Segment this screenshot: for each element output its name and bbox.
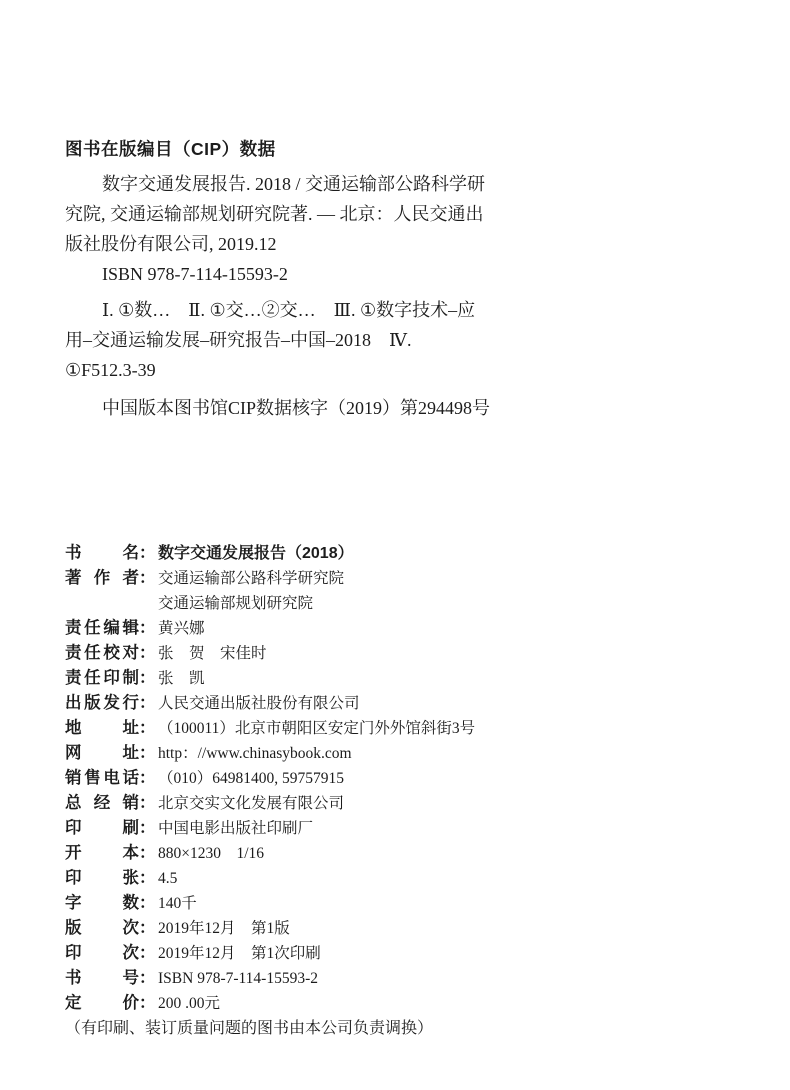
field-label: 销售电话 [65, 766, 139, 791]
label-colon: ： [139, 691, 155, 716]
field-label: 地址 [65, 716, 139, 741]
field-value: 黄兴娜 [158, 620, 205, 637]
field-value: 140千 [158, 895, 197, 912]
field-value: 张 凯 [158, 670, 205, 687]
label-colon: ： [139, 841, 155, 866]
colophon-row-book-title: 书名：数字交通发展报告（2018） [65, 541, 745, 566]
cip-classification-line-3: ①F512.3-39 [65, 355, 575, 385]
label-colon: ： [139, 741, 155, 766]
cip-section: 图书在版编目（CIP）数据 数字交通发展报告. 2018 / 交通运输部公路科学… [65, 137, 575, 423]
colophon-row-proofreaders: 责任校对：张 贺 宋佳时 [65, 641, 745, 666]
colophon-row-edition: 版次：2019年12月 第1版 [65, 916, 745, 941]
cip-isbn: ISBN 978-7-114-15593-2 [65, 259, 575, 289]
label-colon: ： [139, 716, 155, 741]
label-colon: ： [139, 941, 155, 966]
field-label: 印次 [65, 941, 139, 966]
label-colon: ： [139, 791, 155, 816]
field-value: ISBN 978-7-114-15593-2 [158, 970, 318, 987]
colophon-row-print-supervisor: 责任印制：张 凯 [65, 666, 745, 691]
cip-description-line-3: 版社股份有限公司, 2019.12 [65, 229, 575, 259]
label-colon: ： [139, 866, 155, 891]
colophon-row-authors: 著作者：交通运输部公路科学研究院 [65, 566, 745, 591]
field-value: 2019年12月 第1版 [158, 920, 290, 937]
field-value: 200 .00元 [158, 995, 220, 1012]
page: { "colors": { "background": "#ffffff", "… [0, 0, 790, 1090]
field-label: 出版发行 [65, 691, 139, 716]
colophon-row-editor: 责任编辑：黄兴娜 [65, 616, 745, 641]
label-colon: ： [139, 891, 155, 916]
colophon-row-sales-phone: 销售电话：（010）64981400, 59757915 [65, 766, 745, 791]
field-value: （100011）北京市朝阳区安定门外外馆斜街3号 [158, 720, 475, 737]
field-label: 印张 [65, 866, 139, 891]
colophon-row-isbn: 书号：ISBN 978-7-114-15593-2 [65, 966, 745, 991]
colophon-section: 书名：数字交通发展报告（2018） 著作者：交通运输部公路科学研究院 交通运输部… [65, 541, 745, 1041]
colophon-row-printing: 印次：2019年12月 第1次印刷 [65, 941, 745, 966]
field-label: 责任校对 [65, 641, 139, 666]
cip-classification-line-2: 用–交通运输发展–研究报告–中国–2018 Ⅳ. [65, 325, 575, 355]
colophon-row-sheets: 印张：4.5 [65, 866, 745, 891]
label-colon: ： [139, 816, 155, 841]
field-value: 4.5 [158, 870, 177, 887]
field-label: 版次 [65, 916, 139, 941]
colophon-row-word-count: 字数：140千 [65, 891, 745, 916]
field-label: 网址 [65, 741, 139, 766]
field-label: 著作者 [65, 566, 139, 591]
colophon-replacement-notice: （有印刷、装订质量问题的图书由本公司负责调换） [65, 1016, 745, 1041]
field-value: 数字交通发展报告（2018） [158, 545, 354, 562]
label-colon: ： [139, 616, 155, 641]
cip-description-line-1: 数字交通发展报告. 2018 / 交通运输部公路科学研 [65, 169, 575, 199]
colophon-row-distributor: 总经销：北京交实文化发展有限公司 [65, 791, 745, 816]
colophon-row-printer: 印刷：中国电影出版社印刷厂 [65, 816, 745, 841]
label-colon: ： [139, 991, 155, 1016]
field-value: 2019年12月 第1次印刷 [158, 945, 321, 962]
colophon-row-website: 网址：http：//www.chinasybook.com [65, 741, 745, 766]
field-value: 中国电影出版社印刷厂 [158, 820, 313, 837]
label-colon: ： [139, 541, 155, 566]
label-colon: ： [139, 766, 155, 791]
copyright-page: 图书在版编目（CIP）数据 数字交通发展报告. 2018 / 交通运输部公路科学… [0, 0, 790, 1090]
field-value: 张 贺 宋佳时 [158, 645, 267, 662]
field-label: 总经销 [65, 791, 139, 816]
cip-header: 图书在版编目（CIP）数据 [65, 137, 575, 161]
cip-classification: Ⅰ. ①数… Ⅱ. ①交…②交… Ⅲ. ①数字技术–应 用–交通运输发展–研究报… [65, 295, 575, 385]
colophon-row-address: 地址：（100011）北京市朝阳区安定门外外馆斜街3号 [65, 716, 745, 741]
label-colon: ： [139, 666, 155, 691]
label-colon: ： [139, 966, 155, 991]
field-label: 定价 [65, 991, 139, 1016]
field-value: （010）64981400, 59757915 [158, 770, 344, 787]
colophon-row-format: 开本：880×1230 1/16 [65, 841, 745, 866]
field-value: 交通运输部规划研究院 [158, 595, 313, 612]
colophon-row-price: 定价：200 .00元 [65, 991, 745, 1016]
field-value: 880×1230 1/16 [158, 845, 264, 862]
field-label: 字数 [65, 891, 139, 916]
cip-classification-line-1: Ⅰ. ①数… Ⅱ. ①交…②交… Ⅲ. ①数字技术–应 [65, 295, 575, 325]
field-value: 北京交实文化发展有限公司 [158, 795, 344, 812]
colophon-row-publisher: 出版发行：人民交通出版社股份有限公司 [65, 691, 745, 716]
colophon-row-authors-continued: 交通运输部规划研究院 [65, 591, 745, 616]
label-colon: ： [139, 566, 155, 591]
field-value: 交通运输部公路科学研究院 [158, 570, 344, 587]
cip-record-number: 中国版本图书馆CIP数据核字（2019）第294498号 [65, 393, 575, 423]
field-value-url: http：//www.chinasybook.com [158, 745, 352, 762]
label-colon: ： [139, 641, 155, 666]
field-label: 责任印制 [65, 666, 139, 691]
field-label: 书号 [65, 966, 139, 991]
field-value: 人民交通出版社股份有限公司 [158, 695, 360, 712]
field-label: 书名 [65, 541, 139, 566]
field-label: 责任编辑 [65, 616, 139, 641]
cip-description-line-2: 究院, 交通运输部规划研究院著. — 北京：人民交通出 [65, 199, 575, 229]
label-colon: ： [139, 916, 155, 941]
field-label: 印刷 [65, 816, 139, 841]
field-label: 开本 [65, 841, 139, 866]
